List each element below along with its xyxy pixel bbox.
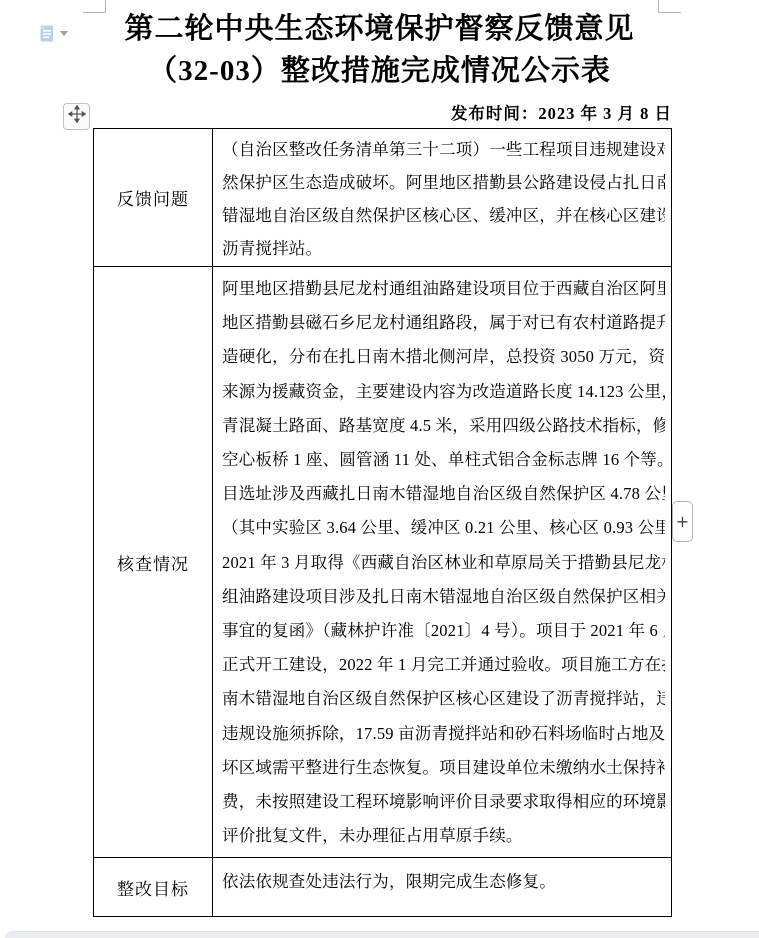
content-line: 地区措勤县磁石乡尼龙村通组路段，属于对已有农村道路提升改	[222, 306, 665, 340]
content-line: 坏区域需平整进行生态恢复。项目建设单位未缴纳水土保持补偿	[222, 751, 665, 785]
content-line: 然保护区生态造成破坏。阿里地区措勤县公路建设侵占扎日南木	[222, 166, 665, 199]
content-line: 违规设施须拆除，17.59 亩沥青搅拌站和砂石料场临时占地及破	[222, 717, 665, 751]
publish-date: 发布时间：2023 年 3 月 8 日	[451, 100, 672, 124]
table-row: 反馈问题 （自治区整改任务清单第三十二项）一些工程项目违规建设对自然保护区生态造…	[94, 129, 671, 267]
content-line: （自治区整改任务清单第三十二项）一些工程项目违规建设对自	[222, 133, 665, 166]
content-line: 费，未按照建设工程环境影响评价目录要求取得相应的环境影响	[222, 785, 665, 819]
content-line: 错湿地自治区级自然保护区核心区、缓冲区，并在核心区建设了	[222, 199, 665, 232]
add-button[interactable]: +	[672, 501, 693, 542]
content-line: 依法依规查处违法行为，限期完成生态修复。	[222, 865, 665, 899]
content-line: （其中实验区 3.64 公里、缓冲区 0.21 公里、核心区 0.93 公里），	[222, 511, 665, 545]
content-line: 南木错湿地自治区级自然保护区核心区建设了沥青搅拌站，违法	[222, 682, 665, 716]
move-icon	[68, 105, 86, 128]
row-content: （自治区整改任务清单第三十二项）一些工程项目违规建设对自然保护区生态造成破坏。阿…	[213, 129, 671, 266]
content-line: 评价批复文件，未办理征占用草原手续。	[222, 819, 665, 853]
document-page: 第二轮中央生态环境保护督察反馈意见 （32-03）整改措施完成情况公示表 发布时…	[0, 0, 759, 938]
content-line: 沥青搅拌站。	[222, 232, 665, 265]
row-label: 核查情况	[94, 267, 213, 857]
content-line: 目选址涉及西藏扎日南木错湿地自治区级自然保护区 4.78 公里	[222, 477, 665, 511]
table-row: 核查情况 阿里地区措勤县尼龙村通组油路建设项目位于西藏自治区阿里地区措勤县磁石乡…	[94, 267, 671, 858]
content-line: 2021 年 3 月取得《西藏自治区林业和草原局关于措勤县尼龙村通	[222, 546, 665, 580]
content-line: 空心板桥 1 座、圆管涵 11 处、单柱式铝合金标志牌 16 个等。项	[222, 443, 665, 477]
rectification-table: 反馈问题 （自治区整改任务清单第三十二项）一些工程项目违规建设对自然保护区生态造…	[93, 128, 672, 917]
table-move-handle[interactable]	[63, 103, 90, 130]
page-title-line2: （32-03）整改措施完成情况公示表	[0, 50, 759, 92]
page-title: 第二轮中央生态环境保护督察反馈意见 （32-03）整改措施完成情况公示表	[0, 8, 759, 92]
content-line: 组油路建设项目涉及扎日南木错湿地自治区级自然保护区相关	[222, 580, 665, 614]
content-line: 青混凝土路面、路基宽度 4.5 米，采用四级公路技术指标，修建	[222, 409, 665, 443]
row-content: 阿里地区措勤县尼龙村通组油路建设项目位于西藏自治区阿里地区措勤县磁石乡尼龙村通组…	[213, 267, 671, 857]
horizontal-scrollbar[interactable]	[5, 931, 759, 938]
page-title-line1: 第二轮中央生态环境保护督察反馈意见	[0, 8, 759, 50]
content-line: 正式开工建设，2022 年 1 月完工并通过验收。项目施工方在扎日	[222, 648, 665, 682]
content-line: 来源为援藏资金，主要建设内容为改造道路长度 14.123 公里，沥	[222, 375, 665, 409]
content-line: 事宜的复函》（藏林护许准〔2021〕4 号）。项目于 2021 年 6 月	[222, 614, 665, 648]
row-label: 整改目标	[94, 858, 213, 916]
content-line: 造硬化，分布在扎日南木措北侧河岸，总投资 3050 万元，资金	[222, 340, 665, 374]
table-body: 反馈问题 （自治区整改任务清单第三十二项）一些工程项目违规建设对自然保护区生态造…	[94, 129, 671, 916]
content-line: 阿里地区措勤县尼龙村通组油路建设项目位于西藏自治区阿里	[222, 272, 665, 306]
row-content: 依法依规查处违法行为，限期完成生态修复。	[213, 858, 671, 916]
row-label: 反馈问题	[94, 129, 213, 266]
table-row: 整改目标 依法依规查处违法行为，限期完成生态修复。	[94, 858, 671, 916]
